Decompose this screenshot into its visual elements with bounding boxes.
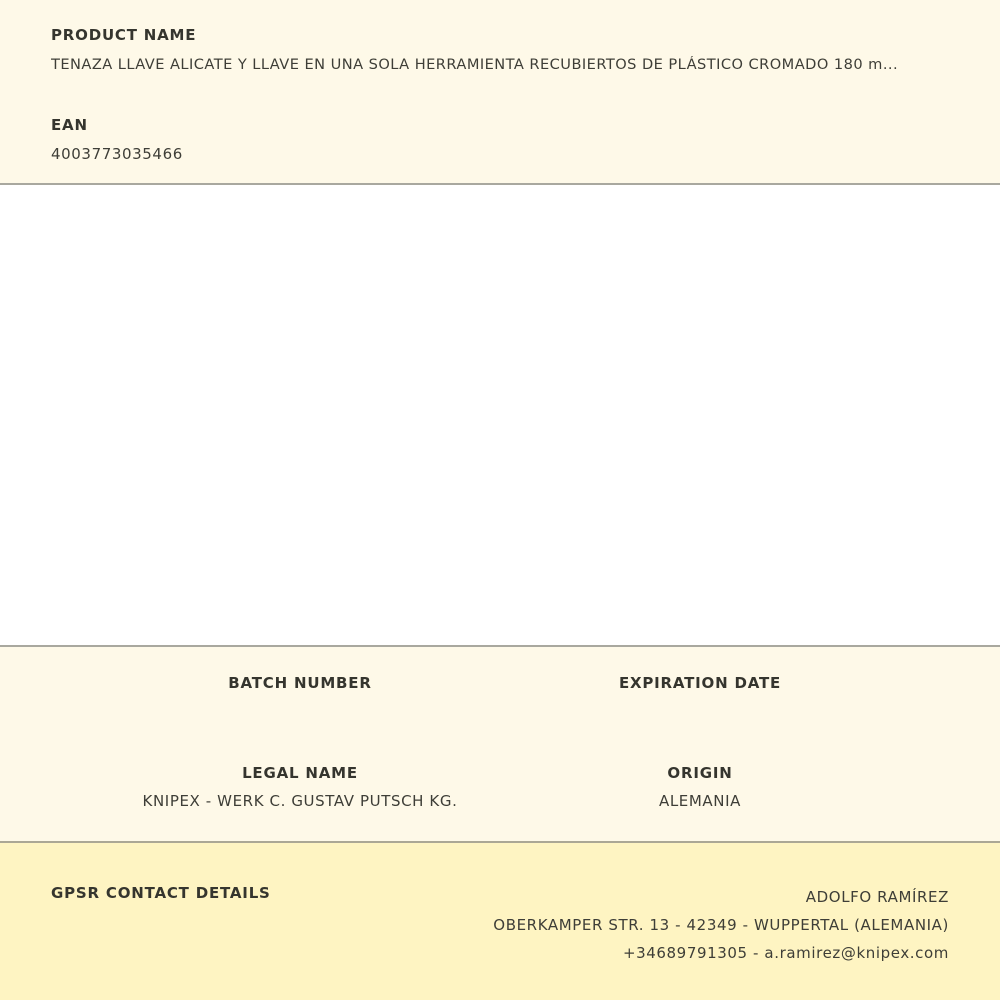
product-label-page: PRODUCT NAME TENAZA LLAVE ALICATE Y LLAV… — [0, 0, 1000, 1000]
origin-value: ALEMANIA — [500, 792, 900, 810]
product-details-section: BATCH NUMBER EXPIRATION DATE LEGAL NAME … — [0, 645, 1000, 843]
expiration-date-label: EXPIRATION DATE — [500, 674, 900, 692]
contact-phone-email: +34689791305 - a.ramirez@knipex.com — [493, 939, 949, 967]
product-info-section: PRODUCT NAME TENAZA LLAVE ALICATE Y LLAV… — [0, 0, 1000, 185]
ean-value: 4003773035466 — [51, 145, 183, 163]
gpsr-contact-section: GPSR CONTACT DETAILS ADOLFO RAMÍREZ OBER… — [0, 843, 1000, 1000]
gpsr-contact-label: GPSR CONTACT DETAILS — [51, 884, 271, 902]
contact-address: OBERKAMPER STR. 13 - 42349 - WUPPERTAL (… — [493, 911, 949, 939]
product-name-label: PRODUCT NAME — [51, 26, 196, 44]
batch-number-field: BATCH NUMBER — [100, 674, 500, 720]
expiration-date-field: EXPIRATION DATE — [500, 674, 900, 720]
ean-label: EAN — [51, 116, 88, 134]
contact-name: ADOLFO RAMÍREZ — [493, 883, 949, 911]
origin-label: ORIGIN — [500, 764, 900, 782]
legal-name-field: LEGAL NAME KNIPEX - WERK C. GUSTAV PUTSC… — [100, 764, 500, 810]
legal-name-label: LEGAL NAME — [100, 764, 500, 782]
legal-name-value: KNIPEX - WERK C. GUSTAV PUTSCH KG. — [100, 792, 500, 810]
expiration-date-value — [500, 702, 900, 720]
product-name-value: TENAZA LLAVE ALICATE Y LLAVE EN UNA SOLA… — [51, 56, 946, 73]
product-image-area — [0, 185, 1000, 645]
batch-number-value — [100, 702, 500, 720]
gpsr-contact-details: ADOLFO RAMÍREZ OBERKAMPER STR. 13 - 4234… — [493, 883, 949, 967]
batch-number-label: BATCH NUMBER — [100, 674, 500, 692]
origin-field: ORIGIN ALEMANIA — [500, 764, 900, 810]
